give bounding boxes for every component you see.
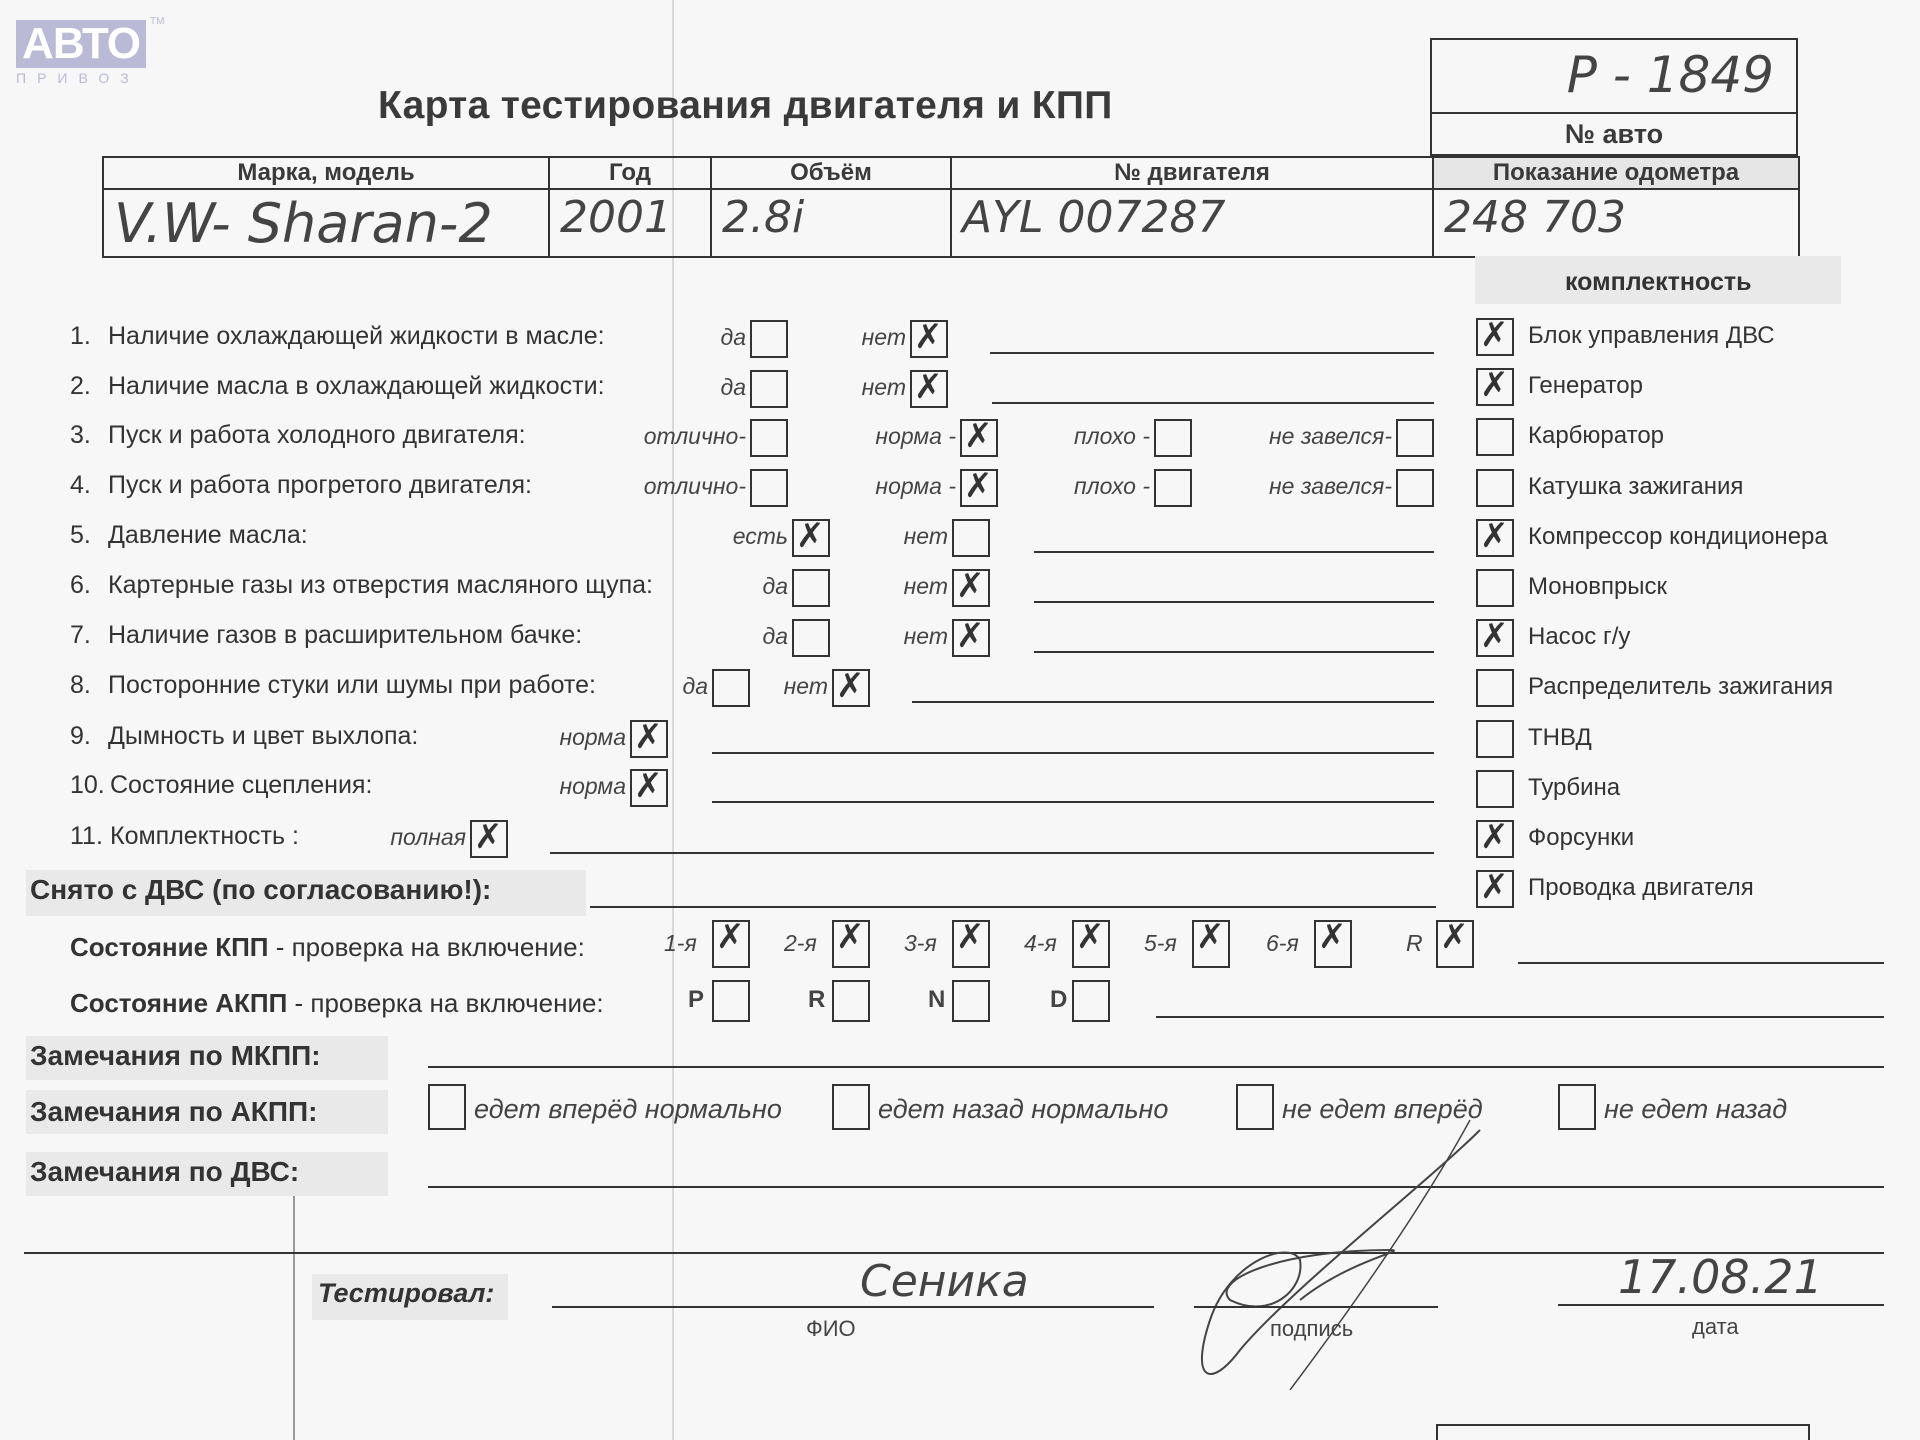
mkpp-label-rest: - проверка на включение: bbox=[269, 932, 585, 962]
page-title: Карта тестирования двигателя и КПП bbox=[378, 84, 1113, 128]
notes-line[interactable] bbox=[712, 752, 1434, 754]
completeness-checkbox[interactable]: ✗ bbox=[1476, 519, 1514, 557]
completeness-item-label: Насос г/у bbox=[1528, 623, 1630, 651]
gear-label: R bbox=[1406, 930, 1423, 957]
check-label: Пуск и работа прогретого двигателя: bbox=[108, 471, 532, 500]
akpp-remark-label: едет назад нормально bbox=[878, 1094, 1168, 1125]
gear-checkbox[interactable]: ✗ bbox=[832, 920, 870, 968]
check-mark-icon: ✗ bbox=[634, 767, 663, 805]
header-value: 2001 bbox=[560, 192, 672, 243]
check-number: 11. bbox=[70, 822, 103, 851]
notes-line[interactable] bbox=[1034, 651, 1434, 653]
completeness-checkbox[interactable] bbox=[1476, 569, 1514, 607]
divider bbox=[24, 1252, 1884, 1254]
gear-label: 2-я bbox=[784, 930, 817, 957]
option-label: да bbox=[712, 374, 746, 401]
completeness-item-label: Генератор bbox=[1528, 372, 1643, 400]
completeness-checkbox[interactable]: ✗ bbox=[1476, 870, 1514, 908]
check-mark-icon: ✗ bbox=[914, 318, 943, 356]
remarks-akpp-label: Замечания по АКПП: bbox=[30, 1096, 317, 1128]
stamp-box bbox=[1436, 1424, 1810, 1440]
option-checkbox[interactable] bbox=[750, 370, 788, 408]
header-column-label: Объём bbox=[710, 156, 952, 190]
option-checkbox[interactable] bbox=[1154, 469, 1192, 507]
option-label: да bbox=[756, 623, 788, 650]
akpp-remark-checkbox[interactable] bbox=[428, 1084, 466, 1130]
option-label: норма bbox=[546, 773, 626, 800]
gear-checkbox[interactable]: ✗ bbox=[952, 920, 990, 968]
tester-name-value: Сеника bbox=[860, 1256, 1029, 1307]
option-label: нет bbox=[894, 623, 948, 650]
option-checkbox[interactable]: ✗ bbox=[630, 769, 668, 807]
check-mark-icon: ✗ bbox=[956, 617, 985, 655]
notes-line[interactable] bbox=[550, 852, 1434, 854]
option-checkbox[interactable] bbox=[1396, 469, 1434, 507]
option-checkbox[interactable]: ✗ bbox=[960, 419, 998, 457]
header-value-field[interactable]: 2.8i bbox=[710, 188, 952, 258]
completeness-checkbox[interactable] bbox=[1476, 720, 1514, 758]
check-number: 5. bbox=[70, 521, 91, 550]
mkpp-label: Состояние КПП - проверка на включение: bbox=[70, 932, 585, 963]
tested-by-label: Тестировал: bbox=[318, 1278, 494, 1309]
option-label: плохо - bbox=[1058, 423, 1150, 450]
completeness-item-label: Блок управления ДВС bbox=[1528, 322, 1775, 350]
option-label: плохо - bbox=[1058, 473, 1150, 500]
header-column-label: Марка, модель bbox=[102, 156, 550, 190]
option-label: не завелся- bbox=[1248, 423, 1392, 450]
completeness-checkbox[interactable] bbox=[1476, 418, 1514, 456]
check-mark-icon: ✗ bbox=[914, 368, 943, 406]
check-number: 6. bbox=[70, 571, 91, 600]
completeness-item-label: Карбюратор bbox=[1528, 422, 1664, 450]
check-mark-icon: ✗ bbox=[1196, 918, 1225, 956]
completeness-checkbox[interactable] bbox=[1476, 669, 1514, 707]
gear-label: 5-я bbox=[1144, 930, 1177, 957]
option-label: да bbox=[756, 573, 788, 600]
check-label: Комплектность : bbox=[110, 822, 299, 851]
car-number-field[interactable]: P - 1849 bbox=[1430, 38, 1798, 114]
check-mark-icon: ✗ bbox=[1480, 517, 1509, 555]
option-checkbox[interactable]: ✗ bbox=[910, 370, 948, 408]
option-label: нет bbox=[772, 673, 828, 700]
gear-checkbox[interactable]: ✗ bbox=[1436, 920, 1474, 968]
completeness-checkbox[interactable]: ✗ bbox=[1476, 619, 1514, 657]
notes-line[interactable] bbox=[1034, 601, 1434, 603]
option-checkbox[interactable]: ✗ bbox=[792, 519, 830, 557]
gear-checkbox[interactable]: ✗ bbox=[1314, 920, 1352, 968]
name-caption: ФИО bbox=[806, 1316, 856, 1342]
signature-caption: подпись bbox=[1270, 1316, 1353, 1342]
check-number: 7. bbox=[70, 621, 91, 650]
check-label: Посторонние стуки или шумы при работе: bbox=[108, 671, 596, 700]
check-mark-icon: ✗ bbox=[634, 718, 663, 756]
gear-label: 4-я bbox=[1024, 930, 1057, 957]
check-mark-icon: ✗ bbox=[836, 667, 865, 705]
gear-checkbox[interactable]: ✗ bbox=[712, 920, 750, 968]
header-column-label: № двигателя bbox=[950, 156, 1434, 190]
header-value: 2.8i bbox=[722, 192, 804, 243]
akpp-gear-checkbox[interactable] bbox=[952, 980, 990, 1022]
akpp-remark-checkbox[interactable] bbox=[1558, 1084, 1596, 1130]
check-label: Картерные газы из отверстия масляного щу… bbox=[108, 571, 653, 600]
mkpp-notes-line[interactable] bbox=[1518, 962, 1884, 964]
check-number: 8. bbox=[70, 671, 91, 700]
option-label: нет bbox=[894, 523, 948, 550]
option-label: да bbox=[712, 324, 746, 351]
option-checkbox[interactable]: ✗ bbox=[832, 669, 870, 707]
check-mark-icon: ✗ bbox=[1480, 366, 1509, 404]
option-checkbox[interactable]: ✗ bbox=[910, 320, 948, 358]
remarks-dvs-line[interactable] bbox=[428, 1186, 1884, 1188]
completeness-item-label: Моновпрыск bbox=[1528, 573, 1667, 601]
akpp-gear-label: P bbox=[688, 986, 704, 1014]
check-mark-icon: ✗ bbox=[1318, 918, 1347, 956]
date-value: 17.08.21 bbox=[1618, 1250, 1823, 1304]
completeness-item-label: Турбина bbox=[1528, 774, 1620, 802]
option-checkbox[interactable]: ✗ bbox=[470, 820, 508, 858]
check-number: 2. bbox=[70, 372, 91, 401]
check-label: Наличие охлаждающей жидкости в масле: bbox=[108, 322, 605, 351]
option-checkbox[interactable]: ✗ bbox=[630, 720, 668, 758]
notes-line[interactable] bbox=[912, 701, 1434, 703]
check-mark-icon: ✗ bbox=[796, 517, 825, 555]
check-mark-icon: ✗ bbox=[964, 417, 993, 455]
completeness-item-label: Распределитель зажигания bbox=[1528, 673, 1833, 701]
check-label: Состояние сцепления: bbox=[110, 771, 372, 800]
completeness-checkbox[interactable]: ✗ bbox=[1476, 318, 1514, 356]
option-checkbox[interactable]: ✗ bbox=[952, 569, 990, 607]
option-label: да bbox=[676, 673, 708, 700]
gear-checkbox[interactable]: ✗ bbox=[1072, 920, 1110, 968]
header-value: V.W- Sharan-2 bbox=[114, 192, 493, 255]
mkpp-label-bold: Состояние КПП bbox=[70, 932, 269, 962]
option-checkbox[interactable] bbox=[792, 569, 830, 607]
akpp-label: Состояние АКПП - проверка на включение: bbox=[70, 988, 604, 1019]
tester-name-line[interactable] bbox=[552, 1306, 1154, 1308]
signature-line[interactable] bbox=[1194, 1306, 1438, 1308]
akpp-gear-checkbox[interactable] bbox=[1072, 980, 1110, 1022]
check-mark-icon: ✗ bbox=[956, 567, 985, 605]
notes-line[interactable] bbox=[712, 801, 1434, 803]
check-mark-icon: ✗ bbox=[1076, 918, 1105, 956]
option-checkbox[interactable]: ✗ bbox=[960, 469, 998, 507]
option-label: нет bbox=[852, 324, 906, 351]
check-mark-icon: ✗ bbox=[1480, 316, 1509, 354]
option-checkbox[interactable] bbox=[952, 519, 990, 557]
option-checkbox[interactable] bbox=[1154, 419, 1192, 457]
logo-tm: TM bbox=[150, 16, 164, 27]
option-label: норма - bbox=[852, 473, 956, 500]
option-label: нет bbox=[852, 374, 906, 401]
option-label: норма bbox=[546, 724, 626, 751]
completeness-checkbox[interactable]: ✗ bbox=[1476, 368, 1514, 406]
akpp-remark-label: не едет назад bbox=[1604, 1094, 1787, 1125]
option-checkbox[interactable] bbox=[1396, 419, 1434, 457]
option-checkbox[interactable] bbox=[712, 669, 750, 707]
check-label: Наличие масла в охлаждающей жидкости: bbox=[108, 372, 605, 401]
header-value-field[interactable]: V.W- Sharan-2 bbox=[102, 188, 550, 258]
check-number: 4. bbox=[70, 471, 91, 500]
completeness-item-label: Проводка двигателя bbox=[1528, 874, 1754, 902]
date-caption: дата bbox=[1692, 1314, 1739, 1340]
option-label: отлично- bbox=[626, 423, 746, 450]
completeness-checkbox[interactable]: ✗ bbox=[1476, 820, 1514, 858]
check-mark-icon: ✗ bbox=[474, 818, 503, 856]
check-mark-icon: ✗ bbox=[956, 918, 985, 956]
remarks-mkpp-line[interactable] bbox=[428, 1066, 1884, 1068]
check-mark-icon: ✗ bbox=[1480, 868, 1509, 906]
completeness-checkbox[interactable] bbox=[1476, 469, 1514, 507]
header-column-label: Показание одометра bbox=[1432, 156, 1800, 190]
notes-line[interactable] bbox=[990, 352, 1434, 354]
completeness-item-label: Компрессор кондиционера bbox=[1528, 523, 1828, 551]
removed-input-line[interactable] bbox=[590, 906, 1436, 908]
option-checkbox[interactable] bbox=[750, 320, 788, 358]
check-label: Дымность и цвет выхлопа: bbox=[108, 722, 418, 751]
signature-icon bbox=[1170, 1090, 1510, 1390]
akpp-gear-label: D bbox=[1050, 986, 1067, 1014]
check-mark-icon: ✗ bbox=[1440, 918, 1469, 956]
completeness-item-label: Форсунки bbox=[1528, 824, 1634, 852]
completeness-title: комплектность bbox=[1565, 268, 1752, 297]
paper-fold-line bbox=[293, 1180, 295, 1440]
check-mark-icon: ✗ bbox=[716, 918, 745, 956]
car-number-value: P - 1849 bbox=[1567, 46, 1774, 104]
check-mark-icon: ✗ bbox=[964, 467, 993, 505]
check-label: Наличие газов в расширительном бачке: bbox=[108, 621, 582, 650]
option-label: полная bbox=[374, 824, 466, 851]
check-mark-icon: ✗ bbox=[1480, 818, 1509, 856]
check-label: Давление масла: bbox=[108, 521, 308, 550]
gear-label: 6-я bbox=[1266, 930, 1299, 957]
check-label: Пуск и работа холодного двигателя: bbox=[108, 421, 526, 450]
check-number: 1. bbox=[70, 322, 91, 351]
header-value: 248 703 bbox=[1444, 192, 1626, 243]
car-number-label: № авто bbox=[1430, 112, 1798, 156]
header-value: AYL 007287 bbox=[962, 192, 1225, 243]
gear-checkbox[interactable]: ✗ bbox=[1192, 920, 1230, 968]
logo-subtitle: ПРИВОЗ bbox=[16, 70, 140, 86]
akpp-remark-label: едет вперёд нормально bbox=[474, 1094, 782, 1125]
check-number: 3. bbox=[70, 421, 91, 450]
header-value-field[interactable]: 2001 bbox=[548, 188, 712, 258]
removed-label: Снято с ДВС (по согласованию!): bbox=[30, 874, 491, 906]
akpp-label-bold: Состояние АКПП bbox=[70, 988, 287, 1018]
header-value-field[interactable]: 248 703 bbox=[1432, 188, 1800, 258]
completeness-checkbox[interactable] bbox=[1476, 770, 1514, 808]
akpp-gear-checkbox[interactable] bbox=[712, 980, 750, 1022]
date-line[interactable] bbox=[1558, 1304, 1884, 1306]
akpp-notes-line[interactable] bbox=[1156, 1016, 1884, 1018]
header-value-field[interactable]: AYL 007287 bbox=[950, 188, 1434, 258]
notes-line[interactable] bbox=[992, 402, 1434, 404]
option-label: нет bbox=[894, 573, 948, 600]
akpp-gear-label: R bbox=[808, 986, 825, 1014]
check-mark-icon: ✗ bbox=[836, 918, 865, 956]
notes-line[interactable] bbox=[1034, 551, 1434, 553]
option-label: норма - bbox=[852, 423, 956, 450]
remarks-dvs-label: Замечания по ДВС: bbox=[30, 1156, 299, 1188]
akpp-remark-checkbox[interactable] bbox=[832, 1084, 870, 1130]
akpp-gear-label: N bbox=[928, 986, 945, 1014]
header-column-label: Год bbox=[548, 156, 712, 190]
completeness-item-label: Катушка зажигания bbox=[1528, 473, 1743, 501]
gear-label: 3-я bbox=[904, 930, 937, 957]
option-label: есть bbox=[720, 523, 788, 550]
akpp-gear-checkbox[interactable] bbox=[832, 980, 870, 1022]
akpp-label-rest: - проверка на включение: bbox=[287, 988, 603, 1018]
completeness-item-label: ТНВД bbox=[1528, 724, 1592, 752]
option-label: не завелся- bbox=[1248, 473, 1392, 500]
check-number: 10. bbox=[70, 771, 105, 800]
option-checkbox[interactable] bbox=[750, 419, 788, 457]
gear-label: 1-я bbox=[664, 930, 697, 957]
option-checkbox[interactable]: ✗ bbox=[952, 619, 990, 657]
logo: АВТО bbox=[16, 20, 146, 68]
remarks-mkpp-label: Замечания по МКПП: bbox=[30, 1040, 321, 1072]
check-mark-icon: ✗ bbox=[1480, 617, 1509, 655]
option-checkbox[interactable] bbox=[750, 469, 788, 507]
check-number: 9. bbox=[70, 722, 91, 751]
option-checkbox[interactable] bbox=[792, 619, 830, 657]
option-label: отлично- bbox=[626, 473, 746, 500]
